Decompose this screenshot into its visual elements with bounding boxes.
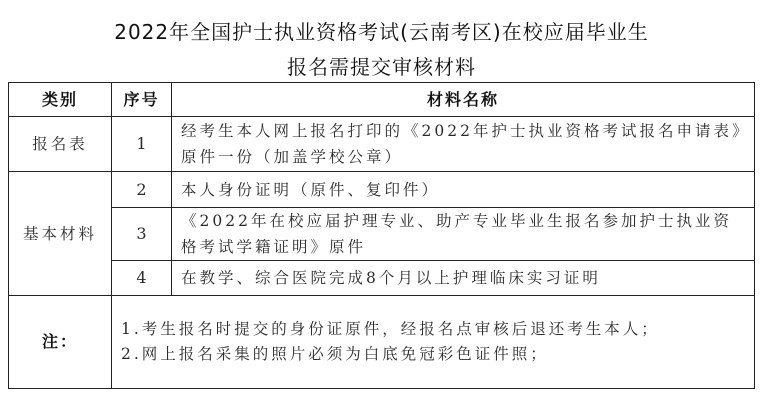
category-cell: 基本材料 (9, 172, 112, 296)
header-material-name: 材料名称 (172, 83, 755, 117)
header-number: 序号 (112, 83, 172, 117)
document-title-line-2: 报名需提交审核材料 (0, 51, 763, 80)
table-row: 报名表 1 经考生本人网上报名打印的《2022年护士执业资格考试报名申请表》原件… (9, 117, 755, 172)
materials-table: 类别 序号 材料名称 报名表 1 经考生本人网上报名打印的《2022年护士执业资… (8, 82, 755, 389)
note-content: 1.考生报名时提交的身份证原件，经报名点审核后退还考生本人； 2.网上报名采集的… (112, 296, 755, 389)
material-cell: 《2022年在校应届护理专业、助产专业毕业生报名参加护士执业资格考试学籍证明》原… (172, 208, 755, 261)
note-item-2: 2.网上报名采集的照片必须为白底免冠彩色证件照； (121, 342, 754, 367)
number-cell: 3 (112, 208, 172, 261)
number-cell: 4 (112, 261, 172, 296)
table-header-row: 类别 序号 材料名称 (9, 83, 755, 117)
table-row: 基本材料 2 本人身份证明（原件、复印件） (9, 172, 755, 208)
number-cell: 1 (112, 117, 172, 172)
material-cell: 在教学、综合医院完成8个月以上护理临床实习证明 (172, 261, 755, 296)
material-cell: 本人身份证明（原件、复印件） (172, 172, 755, 208)
number-cell: 2 (112, 172, 172, 208)
note-item-1: 1.考生报名时提交的身份证原件，经报名点审核后退还考生本人； (121, 317, 754, 342)
header-category: 类别 (9, 83, 112, 117)
category-cell: 报名表 (9, 117, 112, 172)
note-label: 注： (9, 296, 112, 389)
table-row: 3 《2022年在校应届护理专业、助产专业毕业生报名参加护士执业资格考试学籍证明… (9, 208, 755, 261)
material-cell: 经考生本人网上报名打印的《2022年护士执业资格考试报名申请表》原件一份（加盖学… (172, 117, 755, 172)
table-row: 4 在教学、综合医院完成8个月以上护理临床实习证明 (9, 261, 755, 296)
document-title-line-1: 2022年全国护士执业资格考试(云南考区)在校应届毕业生 (0, 16, 763, 45)
note-row: 注： 1.考生报名时提交的身份证原件，经报名点审核后退还考生本人； 2.网上报名… (9, 296, 755, 389)
